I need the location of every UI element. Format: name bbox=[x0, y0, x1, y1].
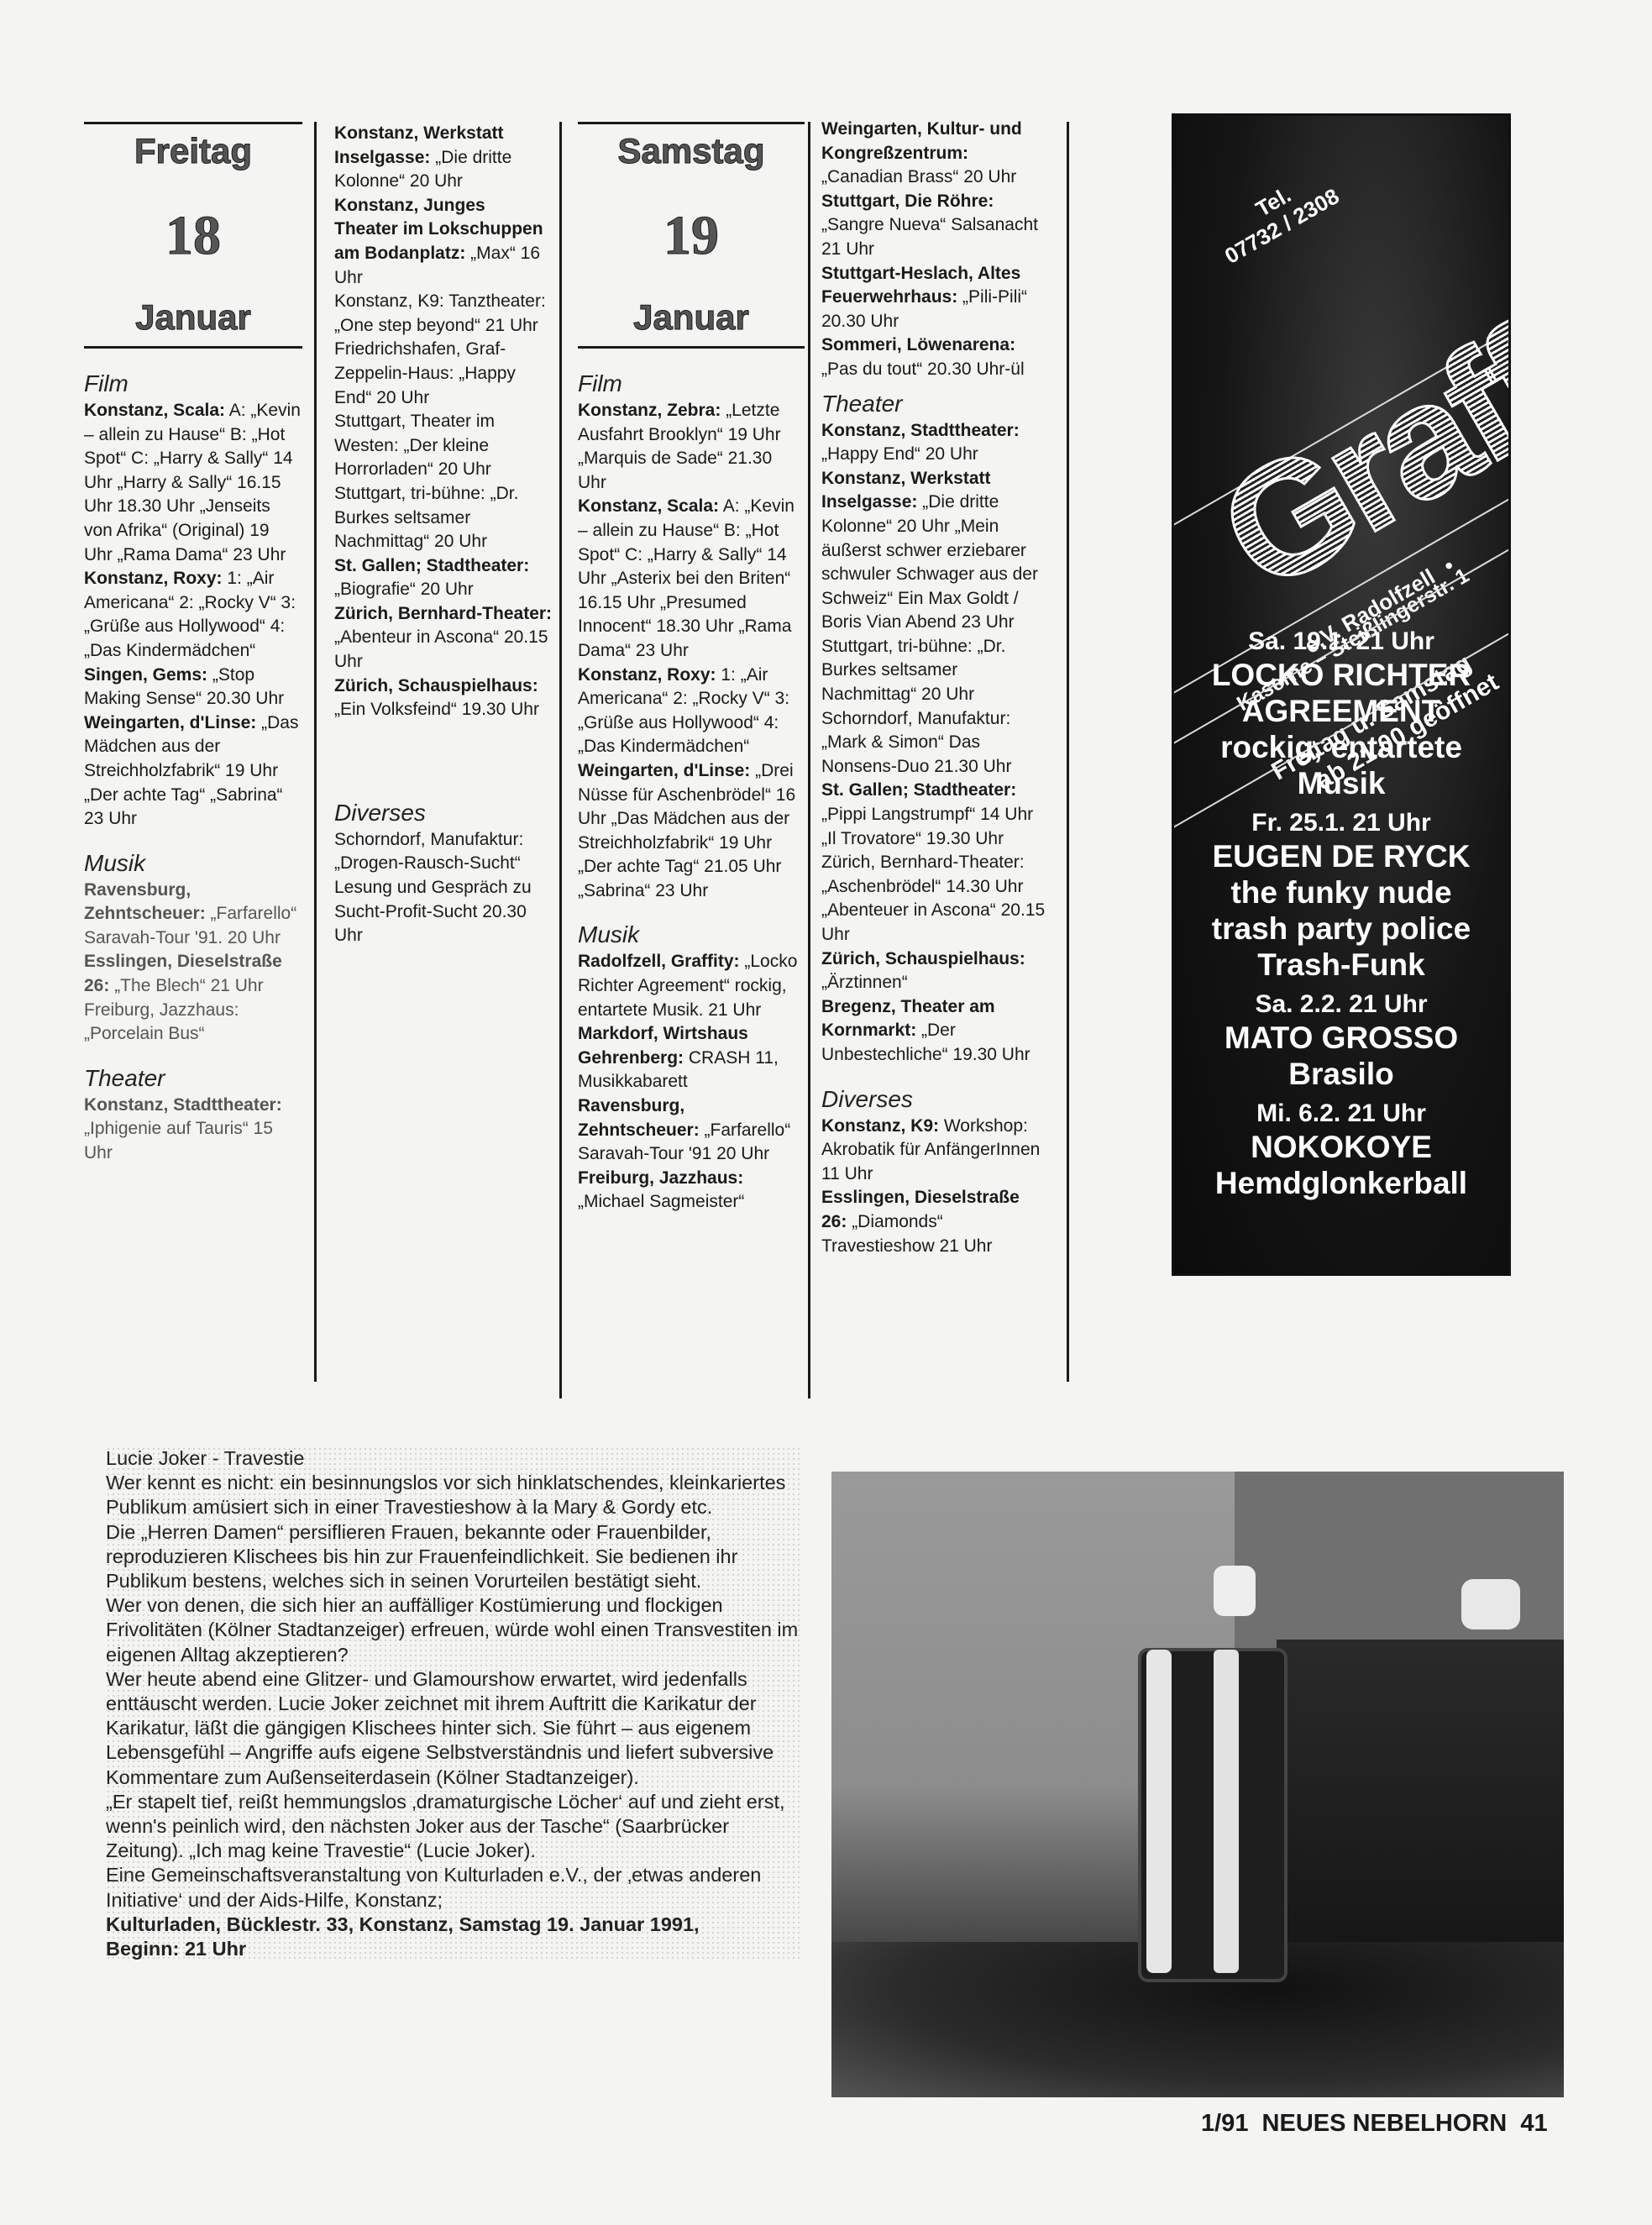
venue: Konstanz, Stadttheater: bbox=[84, 1095, 282, 1115]
section-title: Diverses bbox=[334, 798, 553, 828]
column-divider bbox=[314, 122, 317, 1382]
day-name: Samstag bbox=[578, 128, 805, 175]
listing-entry: Stuttgart, Theater im Westen: „Der klein… bbox=[334, 410, 553, 482]
section-title: Theater bbox=[821, 389, 1048, 419]
listing-entry: Konstanz, Stadttheater: „Iphigenie auf T… bbox=[84, 1094, 302, 1166]
event-line: EUGEN DE RYCK bbox=[1174, 838, 1508, 874]
event-line: Musik bbox=[1174, 765, 1508, 801]
details: „Drei Nüsse für Aschenbrödel“ 16 Uhr „Da… bbox=[578, 761, 795, 900]
listing-entry: Konstanz, K9: Workshop: Akrobatik für An… bbox=[821, 1115, 1048, 1187]
venue: St. Gallen; Stadtheater: bbox=[821, 780, 1016, 800]
venue: Sommeri, Löwenarena: bbox=[821, 335, 1015, 354]
listing-entry: Konstanz, Roxy: 1: „Air Americana“ 2: „R… bbox=[578, 664, 805, 759]
venue: Konstanz, Roxy: bbox=[84, 569, 223, 588]
venue: Konstanz, K9: bbox=[821, 1116, 939, 1136]
lucie-joker-article: Lucie Joker - Travestie Wer kennt es nic… bbox=[106, 1446, 803, 1961]
details: „Pippi Langstrumpf“ 14 Uhr „Il Trovatore… bbox=[821, 805, 1033, 848]
friday-continued-column: Konstanz, Werkstatt Inselgasse: „Die dri… bbox=[334, 122, 553, 948]
listing-entry: Stuttgart, tri-bühne: „Dr. Burkes seltsa… bbox=[821, 635, 1048, 707]
listing-entry: Konstanz, Roxy: 1: „Air Americana“ 2: „R… bbox=[84, 567, 302, 663]
listing-entry: Esslingen, Dieselstraße 26: „The Blech“ … bbox=[84, 950, 302, 998]
details: „Iphigenie auf Tauris“ 15 Uhr bbox=[84, 1119, 273, 1162]
listing-entry: Sommeri, Löwenarena: „Pas du tout“ 20.30… bbox=[821, 333, 1048, 381]
month-name: Januar bbox=[578, 294, 805, 341]
section-diverses: Diverses Konstanz, K9: Workshop: Akrobat… bbox=[821, 1084, 1048, 1259]
photo-coat-shape bbox=[1235, 1472, 1564, 1665]
venue: Konstanz, Zebra: bbox=[578, 401, 721, 420]
section-musik: Musik Radolfzell, Graffity: „Locko Richt… bbox=[578, 920, 805, 1215]
listing-entry: St. Gallen; Stadtheater: „Biografie“ 20 … bbox=[334, 554, 553, 602]
listing-entry: Weingarten, d'Linse: „Drei Nüsse für Asc… bbox=[578, 759, 805, 904]
section-theater-cont: Konstanz, Werkstatt Inselgasse: „Die dri… bbox=[334, 122, 553, 722]
event-line: trash party police bbox=[1174, 910, 1508, 947]
ad-event: Sa. 19.1. 21 Uhr LOCKO RICHTER AGREEMENT… bbox=[1174, 627, 1508, 801]
listing-entry: Konstanz, Stadttheater: „Happy End“ 20 U… bbox=[821, 419, 1048, 467]
section-title: Film bbox=[84, 369, 302, 399]
event-date: Fr. 25.1. 21 Uhr bbox=[1174, 808, 1508, 838]
details: „The Blech“ 21 Uhr bbox=[109, 976, 263, 995]
section-film: Film Konstanz, Zebra: „Letzte Ausfahrt B… bbox=[578, 369, 805, 903]
hand-shape bbox=[1461, 1579, 1520, 1629]
listing-entry: Schorndorf, Manufaktur: „Mark & Simon“ D… bbox=[821, 707, 1048, 779]
listing-entry: Stuttgart, Die Röhre: „Sangre Nueva“ Sal… bbox=[821, 190, 1048, 262]
details: „Drogen-Rausch-Sucht“ Lesung und Gespräc… bbox=[334, 853, 532, 945]
ad-event: Mi. 6.2. 21 Uhr NOKOKOYE Hemdglonkerball bbox=[1174, 1099, 1508, 1201]
column-divider bbox=[808, 122, 810, 1398]
day-name: Freitag bbox=[84, 128, 302, 175]
listing-entry: Esslingen, Dieselstraße 26: „Diamonds“ T… bbox=[821, 1186, 1048, 1258]
graffity-advertisement: Tel. 07732 / 2308 Graffity e.V. Radolfze… bbox=[1172, 113, 1511, 1276]
venue: Weingarten, d'Linse: bbox=[84, 713, 256, 732]
event-line: Trash-Funk bbox=[1174, 947, 1508, 983]
venue: Freiburg, Jazzhaus: bbox=[84, 1000, 239, 1020]
venue: Freiburg, Jazzhaus: bbox=[578, 1168, 743, 1188]
ad-event: Sa. 2.2. 21 Uhr MATO GROSSO Brasilo bbox=[1174, 989, 1508, 1092]
listing-entry: Ravensburg, Zehntscheuer: „Farfarello“ S… bbox=[84, 879, 302, 951]
details: A: „Kevin – allein zu Hause“ B: „Hot Spo… bbox=[578, 496, 795, 660]
listing-entry: Markdorf, Wirtshaus Gehrenberg: CRASH 11… bbox=[578, 1022, 805, 1094]
listing-entry: Stuttgart, tri-bühne: „Dr. Burkes seltsa… bbox=[334, 482, 553, 554]
suitcase-photo bbox=[831, 1472, 1564, 2097]
section-title: Diverses bbox=[821, 1084, 1048, 1115]
venue: Konstanz, Scala: bbox=[84, 401, 225, 420]
article-paragraph: „Er stapelt tief, reißt hemmungslos ‚dra… bbox=[106, 1790, 803, 1864]
venue: Stuttgart, tri-bühne: bbox=[334, 484, 485, 503]
venue: Zürich, Schauspielhaus: bbox=[821, 949, 1025, 968]
details: „Happy End“ 20 Uhr bbox=[821, 444, 978, 464]
listing-entry: Zürich, Bernhard-Theater: „Abenteur in A… bbox=[334, 602, 553, 674]
section-musik: Musik Ravensburg, Zehntscheuer: „Farfare… bbox=[84, 848, 302, 1047]
venue: Ravensburg, Zehntscheuer: bbox=[84, 880, 206, 924]
event-line: NOKOKOYE bbox=[1174, 1129, 1508, 1165]
event-date: Mi. 6.2. 21 Uhr bbox=[1174, 1099, 1508, 1129]
listing-entry: Konstanz, Zebra: „Letzte Ausfahrt Brookl… bbox=[578, 399, 805, 495]
details: „Pas du tout“ 20.30 Uhr-ül bbox=[821, 359, 1025, 379]
suitcase-strap bbox=[1146, 1650, 1172, 1973]
venue: Schorndorf, Manufaktur: bbox=[334, 830, 523, 849]
article-title: Lucie Joker - Travestie bbox=[106, 1446, 803, 1471]
details: „Biografie“ 20 Uhr bbox=[334, 580, 474, 599]
listing-entry: Bregenz, Theater am Kornmarkt: „Der Unbe… bbox=[821, 995, 1048, 1068]
venue: Zürich, Bernhard-Theater: bbox=[334, 604, 552, 623]
details: „Ein Volksfeind“ 19.30 Uhr bbox=[334, 700, 539, 719]
friday-column: Freitag 18 Januar Film Konstanz, Scala: … bbox=[84, 122, 302, 1166]
details: „Canadian Brass“ 20 Uhr bbox=[821, 167, 1016, 186]
venue: Konstanz, Stadttheater: bbox=[821, 421, 1020, 440]
section-title: Musik bbox=[578, 920, 805, 950]
listing-entry: Konstanz, Junges Theater im Lokschuppen … bbox=[334, 194, 553, 290]
venue: Stuttgart, Die Röhre: bbox=[821, 192, 994, 211]
listing-entry: Weingarten, Kultur- und Kongreßzentrum: … bbox=[821, 118, 1048, 190]
listing-entry: Freiburg, Jazzhaus: „Michael Sagmeister“ bbox=[578, 1167, 805, 1215]
saturday-continued-column: Weingarten, Kultur- und Kongreßzentrum: … bbox=[821, 118, 1048, 1258]
column-divider bbox=[1067, 122, 1069, 1382]
details: „Ärztinnen“ bbox=[821, 973, 908, 992]
section-diverses: Diverses Schorndorf, Manufaktur: „Drogen… bbox=[334, 798, 553, 948]
ad-event: Fr. 25.1. 21 Uhr EUGEN DE RYCK the funky… bbox=[1174, 808, 1508, 983]
friday-date-header: Freitag 18 Januar bbox=[84, 122, 302, 349]
event-line: Brasilo bbox=[1174, 1056, 1508, 1092]
event-line: Hemdglonkerball bbox=[1174, 1165, 1508, 1201]
details: „Diamonds“ Travestieshow 21 Uhr bbox=[821, 1212, 992, 1256]
article-paragraph: Wer heute abend eine Glitzer- und Glamou… bbox=[106, 1667, 803, 1790]
ad-events-list: Sa. 19.1. 21 Uhr LOCKO RICHTER AGREEMENT… bbox=[1174, 620, 1508, 1201]
listing-entry: St. Gallen; Stadtheater: „Pippi Langstru… bbox=[821, 779, 1048, 851]
article-paragraph: Wer von denen, die sich hier an auffälli… bbox=[106, 1593, 803, 1667]
venue: St. Gallen; Stadtheater: bbox=[334, 556, 529, 575]
article-paragraph: Die „Herren Damen“ persiflieren Frauen, … bbox=[106, 1520, 803, 1594]
listing-entry: Friedrichshafen, Graf-Zeppelin-Haus: „Ha… bbox=[334, 338, 553, 410]
venue: Singen, Gems: bbox=[84, 665, 207, 685]
venue: Weingarten, Kultur- und Kongreßzentrum: bbox=[821, 119, 1022, 163]
section-title: Film bbox=[578, 369, 805, 399]
section-theater: Theater Konstanz, Stadttheater: „Happy E… bbox=[821, 389, 1048, 1068]
venue: Stuttgart, tri-bühne: bbox=[821, 637, 973, 656]
event-date: Sa. 19.1. 21 Uhr bbox=[1174, 627, 1508, 657]
venue: Radolfzell, Graffity: bbox=[578, 952, 740, 971]
listing-entry: Zürich, Schauspielhaus: „Ein Volksfeind“… bbox=[334, 674, 553, 722]
month-name: Januar bbox=[84, 294, 302, 341]
hand-shape bbox=[1214, 1566, 1256, 1616]
listing-entry: Weingarten, d'Linse: „Das Mädchen aus de… bbox=[84, 711, 302, 832]
details: A: „Kevin – allein zu Hause“ B: „Hot Spo… bbox=[84, 401, 301, 564]
listing-entry: Schorndorf, Manufaktur: „Drogen-Rausch-S… bbox=[334, 828, 553, 948]
venue: Zürich, Bernhard-Theater: bbox=[821, 853, 1025, 872]
details: „Mark & Simon“ Das Nonsens-Duo 21.30 Uhr bbox=[821, 732, 1011, 776]
listing-entry: Radolfzell, Graffity: „Locko Richter Agr… bbox=[578, 950, 805, 1022]
event-line: MATO GROSSO bbox=[1174, 1020, 1508, 1056]
column-divider bbox=[559, 122, 562, 1398]
saturday-date-header: Samstag 19 Januar bbox=[578, 122, 805, 349]
event-line: the funky nude bbox=[1174, 874, 1508, 910]
listing-entry: Zürich, Schauspielhaus: „Ärztinnen“ bbox=[821, 947, 1048, 995]
section-musik-cont: Weingarten, Kultur- und Kongreßzentrum: … bbox=[821, 118, 1048, 382]
section-theater: Theater Konstanz, Stadttheater: „Iphigen… bbox=[84, 1063, 302, 1166]
venue: Konstanz, Scala: bbox=[578, 496, 719, 516]
listing-entry: Konstanz, Scala: A: „Kevin – allein zu H… bbox=[84, 399, 302, 567]
event-line: LOCKO RICHTER bbox=[1174, 657, 1508, 693]
section-title: Musik bbox=[84, 848, 302, 879]
event-line: rockig, entartete bbox=[1174, 729, 1508, 765]
venue: Weingarten, d'Linse: bbox=[578, 761, 750, 780]
listing-entry: Stuttgart-Heslach, Altes Feuerwehrhaus: … bbox=[821, 262, 1048, 334]
ad-phone: Tel. 07732 / 2308 bbox=[1208, 161, 1343, 269]
article-paragraph: Wer kennt es nicht: ein besinnungslos vo… bbox=[106, 1471, 803, 1519]
venue: Ravensburg, Zehntscheuer: bbox=[578, 1096, 700, 1140]
details: „Michael Sagmeister“ bbox=[578, 1192, 744, 1211]
listing-entry: Singen, Gems: „Stop Making Sense“ 20.30 … bbox=[84, 664, 302, 711]
event-date: Sa. 2.2. 21 Uhr bbox=[1174, 989, 1508, 1020]
listing-entry: Konstanz, Scala: A: „Kevin – allein zu H… bbox=[578, 495, 805, 663]
listing-entry: Konstanz, Werkstatt Inselgasse: „Die dri… bbox=[821, 467, 1048, 635]
event-line: AGREEMENT bbox=[1174, 693, 1508, 729]
details: „Porcelain Bus“ bbox=[84, 1024, 205, 1043]
event-start: Beginn: 21 Uhr bbox=[106, 1937, 803, 1961]
section-film: Film Konstanz, Scala: A: „Kevin – allein… bbox=[84, 369, 302, 832]
venue: Schorndorf, Manufaktur: bbox=[821, 709, 1010, 728]
listing-entry: Freiburg, Jazzhaus: „Porcelain Bus“ bbox=[84, 999, 302, 1047]
details: „Die dritte Kolonne“ 20 Uhr „Mein äußers… bbox=[821, 492, 1038, 632]
listing-entry: Ravensburg, Zehntscheuer: „Farfarello“ S… bbox=[578, 1094, 805, 1167]
details: „Aschenbrödel“ 14.30 Uhr „Abenteuer in A… bbox=[821, 877, 1045, 944]
venue: Konstanz, K9: bbox=[334, 291, 444, 311]
venue: Konstanz, Roxy: bbox=[578, 665, 716, 685]
details: „Abenteur in Ascona“ 20.15 Uhr bbox=[334, 627, 548, 671]
graffity-logo: Graffity bbox=[1191, 212, 1511, 627]
page-footer: 1/91 NEUES NEBELHORN 41 bbox=[1201, 2110, 1548, 2138]
article-paragraph: Eine Gemeinschaftsveranstaltung von Kult… bbox=[106, 1863, 803, 1912]
listing-entry: Zürich, Bernhard-Theater: „Aschenbrödel“… bbox=[821, 851, 1048, 947]
venue: Zürich, Schauspielhaus: bbox=[334, 676, 538, 695]
event-info: Kulturladen, Bücklestr. 33, Konstanz, Sa… bbox=[106, 1913, 803, 1937]
suitcase-strap bbox=[1214, 1650, 1239, 1973]
listing-entry: Konstanz, Werkstatt Inselgasse: „Die dri… bbox=[334, 122, 553, 194]
details: „Sangre Nueva“ Salsanacht 21 Uhr bbox=[821, 215, 1038, 259]
day-number: 18 bbox=[84, 190, 302, 282]
listing-entry: Konstanz, K9: Tanztheater: „One step bey… bbox=[334, 290, 553, 338]
section-title: Theater bbox=[84, 1063, 302, 1094]
day-number: 19 bbox=[578, 190, 805, 282]
venue: Bregenz, Theater am Kornmarkt: bbox=[821, 997, 995, 1041]
saturday-column: Samstag 19 Januar Film Konstanz, Zebra: … bbox=[578, 122, 805, 1215]
